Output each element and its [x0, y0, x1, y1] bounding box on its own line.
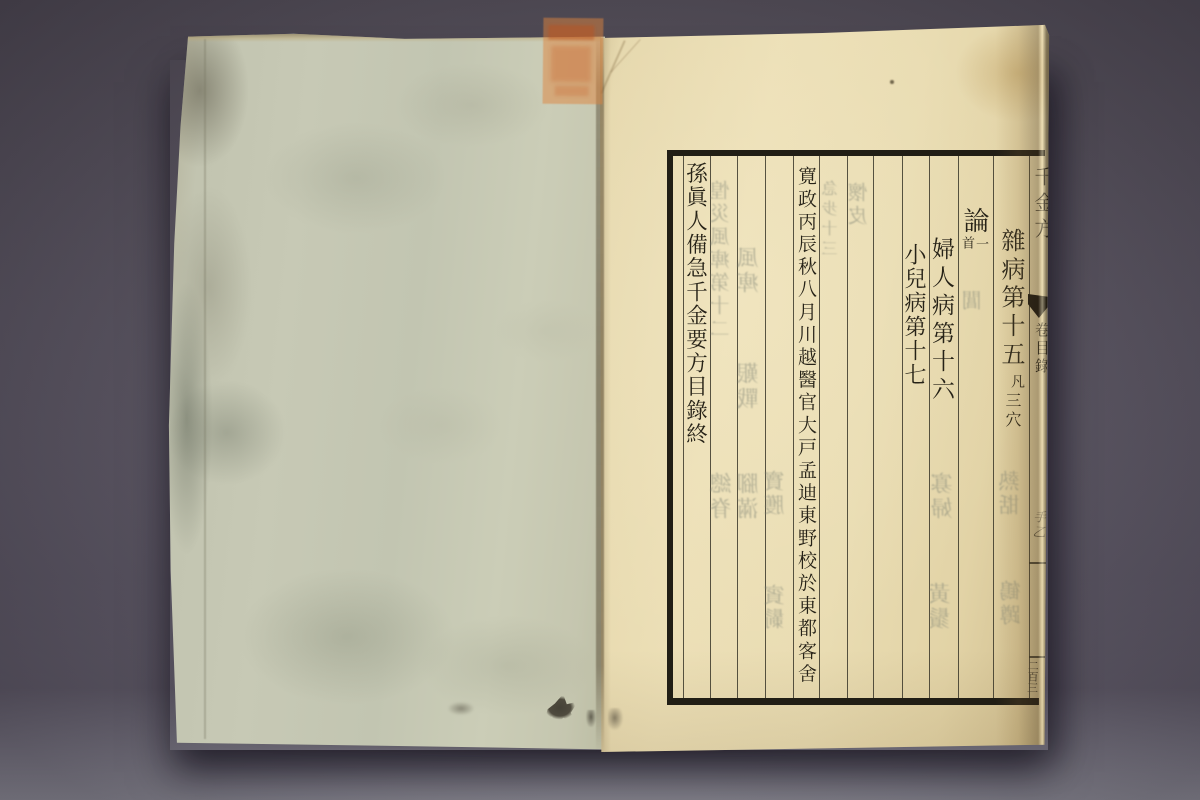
frame-border-bottom [667, 698, 1039, 705]
gutter-crease [596, 30, 604, 752]
toc-entry-furen: 婦人病第十六 [930, 237, 953, 405]
ink-speck [890, 80, 894, 84]
column-rule [847, 156, 848, 698]
column-rule [993, 156, 994, 698]
ghost-show-through-text: 黃鬚 [930, 582, 952, 632]
fishtail-mark [1028, 294, 1049, 318]
banxin-divider-line [1029, 656, 1045, 658]
ghost-show-through-text: 賓鬎 [765, 584, 786, 632]
ghost-show-through-text: 懷皮 [850, 182, 870, 228]
banxin-page-number: 二百三 [1025, 660, 1037, 693]
right-printed-page: 惶災風痺第十二 總脊 風痺 艱戰 腳滿 寶臒 賓鬎 急步十三 懷皮 寡婦 黃鬚 … [595, 22, 1050, 752]
lun-annotation-left: 首 [961, 236, 974, 249]
stamp-mark [555, 86, 589, 96]
photo-of-open-woodblock-book: { "colors": { "background_hex": "#56515d… [0, 0, 1200, 800]
ghost-show-through-text: 風痺 [738, 246, 760, 296]
zabing-note: 三穴 [1003, 392, 1019, 430]
frame-border-top [667, 150, 1045, 156]
frame-border-left [667, 150, 673, 705]
banxin-title: 千金方 [1032, 166, 1052, 244]
ghost-show-through-text: 惶災風痺第十二 [712, 180, 732, 341]
colophon-column: 寛政丙辰秋八月川越醫官大戸孟迪東野校於東都客舍 [796, 166, 815, 686]
ghost-show-through-text: 艱戰 [738, 362, 760, 412]
ink-smudge [448, 702, 474, 715]
toc-ending-column: 孫眞人備急千金要方目錄終 [684, 162, 706, 446]
ink-blot [608, 708, 623, 730]
stamp-mark [551, 46, 591, 82]
banxin-section: 卷目錄 [1033, 322, 1048, 376]
paper-crease [610, 39, 640, 73]
banxin-hand-mark: 手乙 [1031, 510, 1046, 541]
red-collection-stamp [543, 18, 604, 105]
left-page-fold-line [204, 39, 206, 739]
ghost-show-through-text: 熱甛 [1000, 470, 1021, 518]
zabing-note-head: 凡 [1009, 374, 1023, 388]
ghost-show-through-text: 閶 [964, 290, 984, 310]
column-rule [902, 156, 903, 698]
lun-annotation-right: 一 [975, 237, 988, 250]
ghost-show-through-text: 鶴蹲 [1001, 580, 1022, 628]
ink-blot [586, 710, 596, 727]
column-rule [873, 156, 874, 698]
ghost-show-through-text: 寶臒 [765, 470, 786, 518]
toc-entry-zabing: 雜病第十五 [998, 228, 1022, 370]
ghost-show-through-text: 寡婦 [932, 472, 954, 522]
left-blank-page [160, 25, 605, 753]
paper-crease [600, 40, 625, 94]
ghost-show-through-text: 總脊 [711, 472, 733, 522]
page-edge-strip [186, 34, 601, 42]
column-rule [819, 156, 820, 698]
toc-entry-lun: 論 [961, 207, 987, 233]
ghost-show-through-text: 腳滿 [738, 472, 760, 522]
stamp-mark [548, 25, 594, 40]
toc-entry-xiaoer: 小兒病第十七 [903, 243, 925, 387]
column-rule [737, 156, 738, 698]
ghost-show-through-text: 急步十三 [824, 180, 840, 260]
banxin-divider-line [1029, 562, 1047, 564]
